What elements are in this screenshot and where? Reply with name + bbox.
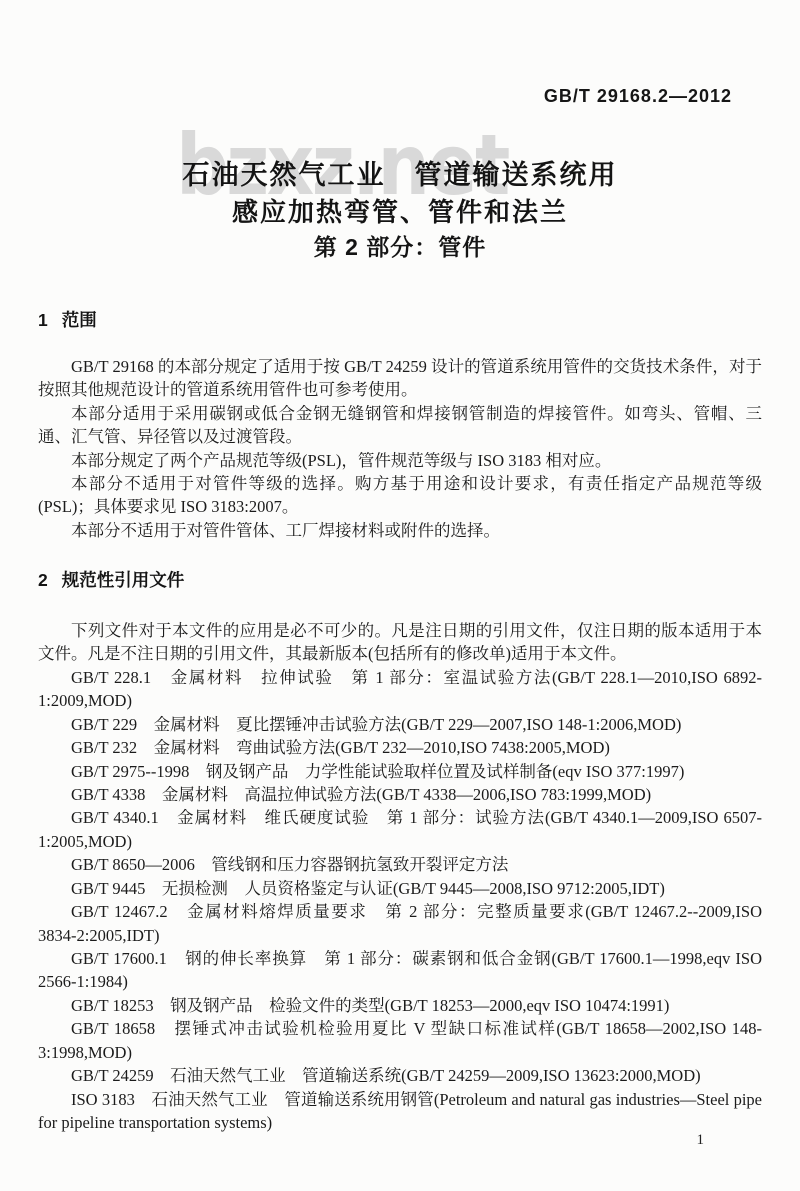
title-line-1: 石油天然气工业 管道输送系统用 — [0, 156, 800, 194]
title-line-2: 感应加热弯管、管件和法兰 — [0, 194, 800, 230]
reference-item: GB/T 12467.2 金属材料熔焊质量要求 第 2 部分：完整质量要求(GB… — [38, 900, 762, 947]
standard-number: GB/T 29168.2—2012 — [544, 86, 732, 107]
page-number: 1 — [697, 1132, 705, 1149]
scope-paragraph: 本部分不适用于对管件管体、工厂焊接材料或附件的选择。 — [38, 519, 762, 542]
reference-item: GB/T 4338 金属材料 高温拉伸试验方法(GB/T 4338—2006,I… — [38, 783, 762, 806]
references-intro: 下列文件对于本文件的应用是必不可少的。凡是注日期的引用文件，仅注日期的版本适用于… — [38, 619, 762, 666]
document-body: 1范围 GB/T 29168 的本部分规定了适用于按 GB/T 24259 设计… — [0, 308, 800, 1134]
section-1-number: 1 — [38, 310, 48, 330]
scope-paragraph: GB/T 29168 的本部分规定了适用于按 GB/T 24259 设计的管道系… — [38, 355, 762, 402]
reference-item: GB/T 2975--1998 钢及钢产品 力学性能试验取样位置及试样制备(eq… — [38, 760, 762, 783]
reference-item: GB/T 18658 摆锤式冲击试验机检验用夏比 V 型缺口标准试样(GB/T … — [38, 1017, 762, 1064]
section-1-label: 范围 — [62, 310, 97, 330]
reference-item: GB/T 18253 钢及钢产品 检验文件的类型(GB/T 18253—2000… — [38, 994, 762, 1017]
section-2-number: 2 — [38, 570, 48, 590]
reference-item: GB/T 229 金属材料 夏比摆锤冲击试验方法(GB/T 229—2007,I… — [38, 713, 762, 736]
scope-paragraph: 本部分不适用于对管件等级的选择。购方基于用途和设计要求，有责任指定产品规范等级(… — [38, 472, 762, 519]
title-line-3: 第 2 部分：管件 — [0, 230, 800, 264]
section-2-heading: 2规范性引用文件 — [38, 568, 762, 593]
section-2-label: 规范性引用文件 — [62, 570, 185, 590]
scope-paragraph: 本部分适用于采用碳钢或低合金钢无缝钢管和焊接钢管制造的焊接管件。如弯头、管帽、三… — [38, 402, 762, 449]
reference-item: GB/T 4340.1 金属材料 维氏硬度试验 第 1 部分：试验方法(GB/T… — [38, 806, 762, 853]
reference-item: ISO 3183 石油天然气工业 管道输送系统用钢管(Petroleum and… — [38, 1088, 762, 1135]
section-1-heading: 1范围 — [38, 308, 762, 333]
document-page: GB/T 29168.2—2012 bzxz.net 石油天然气工业 管道输送系… — [0, 0, 800, 1191]
document-title: 石油天然气工业 管道输送系统用 感应加热弯管、管件和法兰 第 2 部分：管件 — [0, 156, 800, 264]
scope-paragraph: 本部分规定了两个产品规范等级(PSL)，管件规范等级与 ISO 3183 相对应… — [38, 449, 762, 472]
reference-item: GB/T 232 金属材料 弯曲试验方法(GB/T 232—2010,ISO 7… — [38, 736, 762, 759]
reference-item: GB/T 24259 石油天然气工业 管道输送系统(GB/T 24259—200… — [38, 1064, 762, 1087]
reference-item: GB/T 17600.1 钢的伸长率换算 第 1 部分：碳素钢和低合金钢(GB/… — [38, 947, 762, 994]
reference-item: GB/T 228.1 金属材料 拉伸试验 第 1 部分：室温试验方法(GB/T … — [38, 666, 762, 713]
reference-item: GB/T 8650—2006 管线钢和压力容器钢抗氢致开裂评定方法 — [38, 853, 762, 876]
reference-item: GB/T 9445 无损检测 人员资格鉴定与认证(GB/T 9445—2008,… — [38, 877, 762, 900]
